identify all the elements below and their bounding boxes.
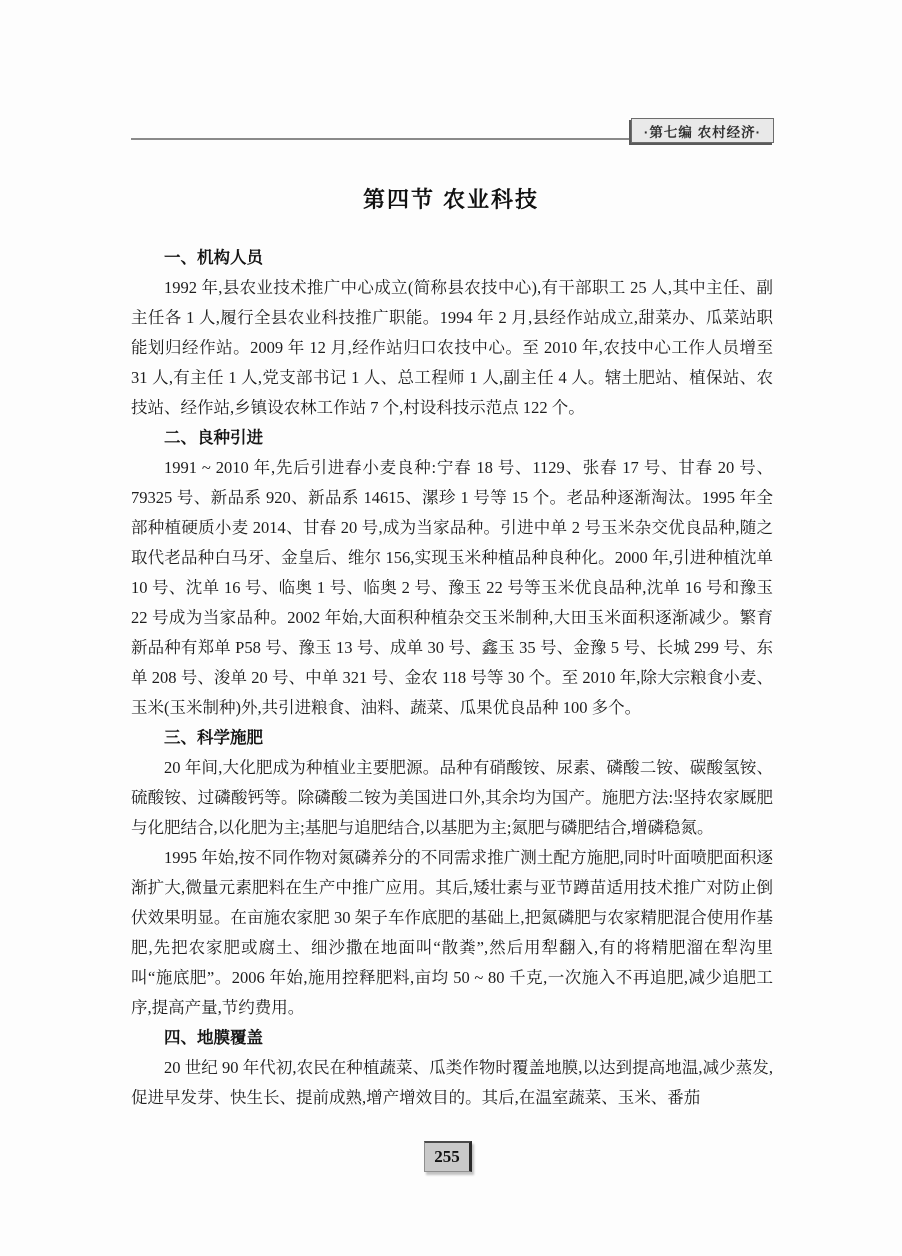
header-rule: [131, 138, 630, 140]
edition-label-box: ·第七编 农村经济·: [631, 118, 774, 143]
paragraph-fertilization-1: 20 年间,大化肥成为种植业主要肥源。品种有硝酸铵、尿素、磷酸二铵、碳酸氢铵、硫…: [131, 753, 773, 843]
paragraph-mulch-film: 20 世纪 90 年代初,农民在种植蔬菜、瓜类作物时覆盖地膜,以达到提高地温,减…: [131, 1053, 773, 1113]
paragraph-institutions: 1992 年,县农业技术推广中心成立(简称县农技中心),有干部职工 25 人,其…: [131, 273, 773, 423]
section-heading-seed-introduction: 二、良种引进: [131, 423, 773, 453]
page-content: 一、机构人员 1992 年,县农业技术推广中心成立(简称县农技中心),有干部职工…: [131, 243, 773, 1113]
page-header: ·第七编 农村经济·: [131, 118, 774, 144]
page-number-badge: 255: [424, 1141, 472, 1172]
page-number: 255: [434, 1147, 460, 1167]
page-title: 第四节 农业科技: [0, 183, 902, 214]
paragraph-fertilization-2: 1995 年始,按不同作物对氮磷养分的不同需求推广测土配方施肥,同时叶面喷肥面积…: [131, 843, 773, 1023]
edition-label: ·第七编 农村经济·: [644, 121, 761, 141]
book-page: ·第七编 农村经济· 第四节 农业科技 一、机构人员 1992 年,县农业技术推…: [0, 0, 902, 1256]
section-heading-mulch-film: 四、地膜覆盖: [131, 1023, 773, 1053]
section-heading-institutions: 一、机构人员: [131, 243, 773, 273]
section-heading-scientific-fertilization: 三、科学施肥: [131, 723, 773, 753]
paragraph-seed-introduction: 1991 ~ 2010 年,先后引进春小麦良种:宁春 18 号、1129、张春 …: [131, 453, 773, 723]
